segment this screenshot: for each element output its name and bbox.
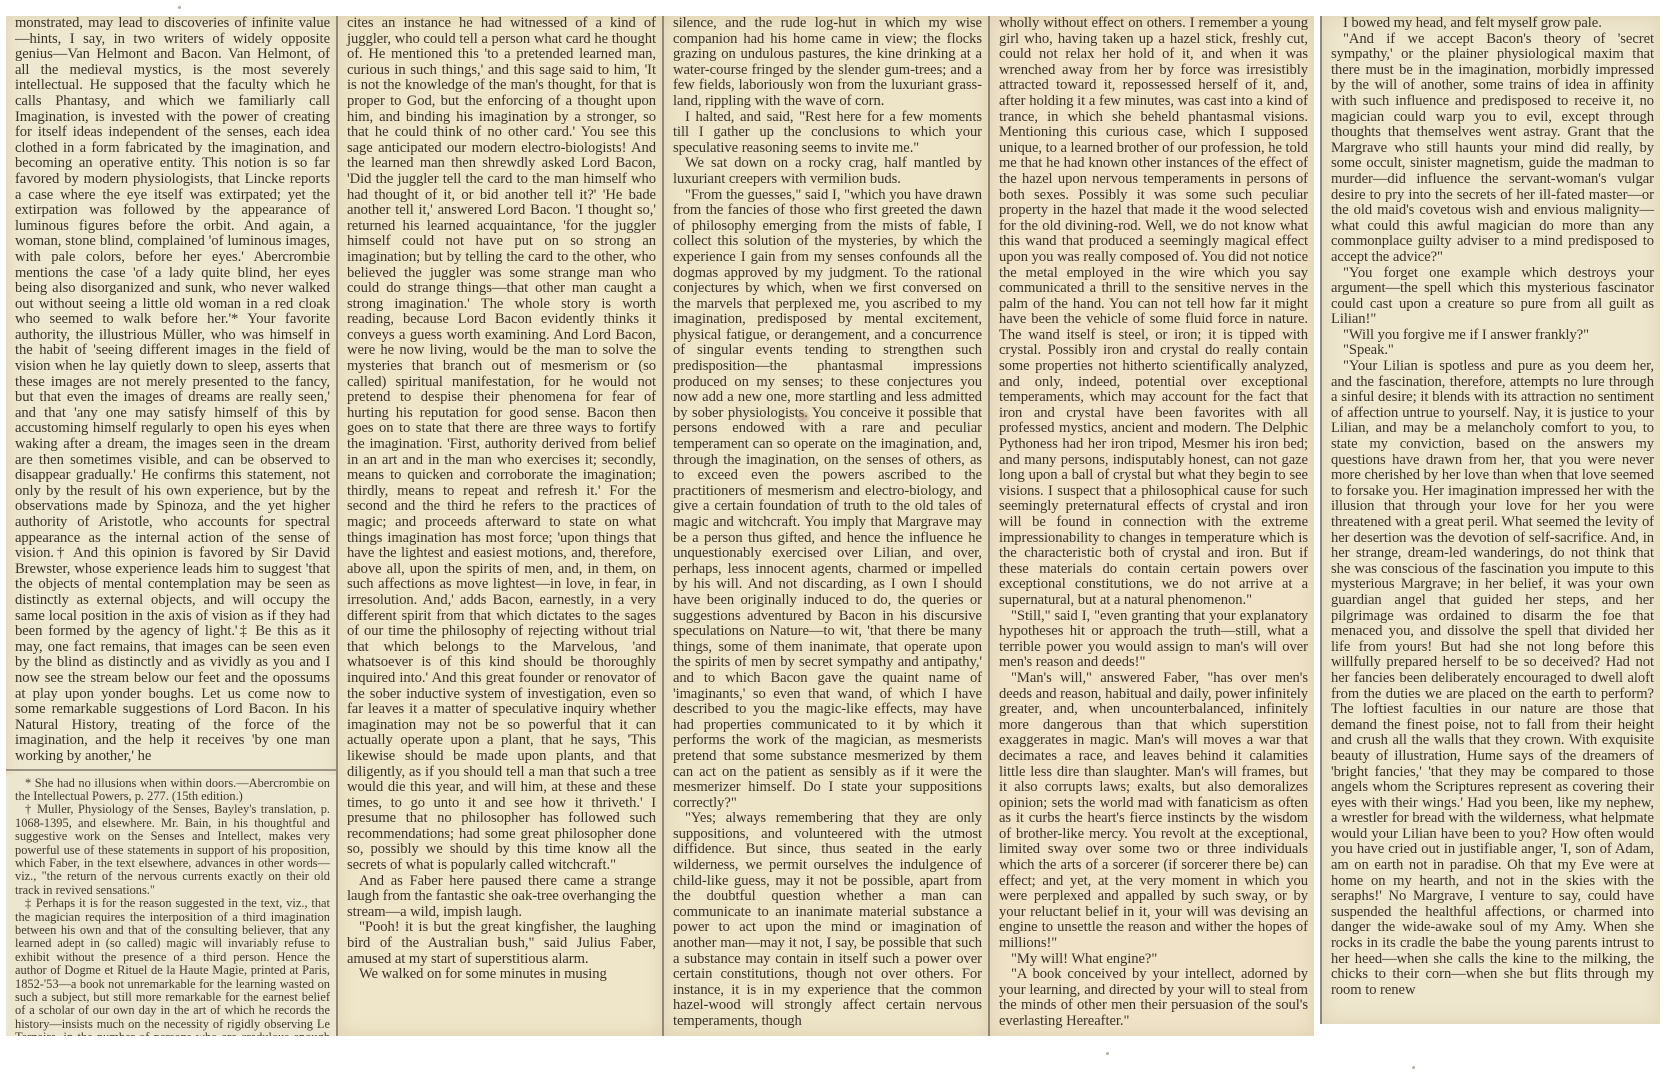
column-3: silence, and the rude log-hut in which m…	[662, 16, 988, 1036]
column-5-paragraph-2: "And if we accept Bacon's theory of 'sec…	[1331, 32, 1654, 266]
column-4: wholly without effect on others. I remem…	[988, 16, 1314, 1036]
column-3-paragraph-3: We sat down on a rocky crag, half mantle…	[673, 156, 982, 187]
column-4-paragraph-1: wholly without effect on others. I remem…	[999, 16, 1308, 609]
column-5: I bowed my head, and felt myself grow pa…	[1320, 16, 1660, 1024]
column-5-paragraph-3: "You forget one example which destroys y…	[1331, 266, 1654, 328]
column-2-paragraph-1: cites an instance he had witnessed of a …	[347, 16, 656, 874]
column-3-paragraph-4: "From the guesses," said I, "which you h…	[673, 188, 982, 812]
footnote-divider	[6, 769, 336, 771]
footnote-asterisk: * She had no illusions when within doors…	[15, 777, 330, 804]
column-2-paragraph-4: We walked on for some minutes in musing	[347, 967, 656, 983]
column-4-paragraph-2: "Still," said I, "even granting that you…	[999, 609, 1308, 671]
column-4-paragraph-3: "Man's will," answered Faber, "has over …	[999, 671, 1308, 952]
speck	[1412, 1066, 1415, 1069]
column-5-paragraph-1: I bowed my head, and felt myself grow pa…	[1331, 16, 1654, 32]
column-3-paragraph-5: "Yes; always remembering that they are o…	[673, 811, 982, 1029]
column-4-paragraph-4: "My will! What engine?"	[999, 952, 1308, 968]
speck	[1106, 1052, 1109, 1055]
column-2-paragraph-3: "Pooh! it is but the great kingfisher, t…	[347, 920, 656, 967]
column-3-paragraph-2: I halted, and said, "Rest here for a few…	[673, 110, 982, 157]
column-2: cites an instance he had witnessed of a …	[336, 16, 662, 1036]
column-4-paragraph-5: "A book conceived by your intellect, ado…	[999, 967, 1308, 1029]
footnote-dagger: † Muller, Physiology of the Senses, Bayl…	[15, 803, 330, 897]
column-5-paragraph-5: "Speak."	[1331, 343, 1654, 359]
column-5-paragraph-4: "Will you forgive me if I answer frankly…	[1331, 328, 1654, 344]
column-5-paragraph-6: "Your Lilian is spotless and pure as you…	[1331, 359, 1654, 998]
footnotes: * She had no illusions when within doors…	[6, 775, 336, 1037]
column-3-paragraph-1: silence, and the rude log-hut in which m…	[673, 16, 982, 110]
newspaper-clipping: monstrated, may lead to discoveries of i…	[0, 4, 1664, 1030]
column-2-paragraph-2: And as Faber here paused there came a st…	[347, 874, 656, 921]
footnote-double-dagger: ‡ Perhaps it is for the reason suggested…	[15, 897, 330, 1036]
column-1-paragraph-1: monstrated, may lead to discoveries of i…	[15, 16, 330, 765]
speck	[178, 6, 181, 9]
column-1: monstrated, may lead to discoveries of i…	[6, 16, 336, 1036]
